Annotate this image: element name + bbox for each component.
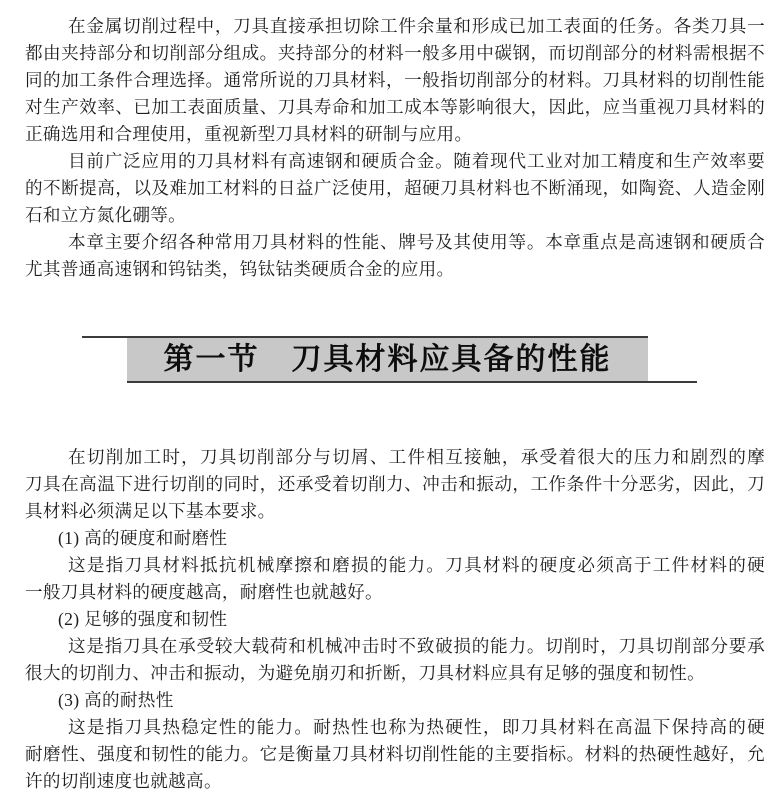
text-line: 很大的切削力、冲击和振动，为避免崩刃和折断，刀具材料应具有足够的强度和韧性。: [25, 660, 765, 687]
requirement-3: (3) 高的耐热性 这是指刀具热稳定性的能力。耐热性也称为热硬性，即刀具材料在高…: [25, 687, 765, 795]
text-line: 刀具在高温下进行切削的同时，还承受着切削力、冲击和振动，工作条件十分恶劣，因此，…: [25, 471, 765, 498]
requirement-2-body: 这是指刀具在承受较大载荷和机械冲击时不致破损的能力。切削时，刀具切削部分要承受很…: [25, 633, 765, 687]
book-page: 在金属切削过程中，刀具直接承担切除工件余量和形成已加工表面的任务。各类刀具一般都…: [0, 0, 771, 797]
text-line: 具材料必须满足以下基本要求。: [25, 498, 765, 525]
section-body: 在切削加工时，刀具切削部分与切屑、工件相互接触，承受着很大的压力和剧烈的摩擦。刀…: [25, 444, 765, 795]
requirement-2-heading: (2) 足够的强度和韧性: [25, 606, 765, 633]
requirement-3-heading: (3) 高的耐热性: [25, 687, 765, 714]
text-line: 尤其普通高速钢和钨钴类，钨钛钴类硬质合金的应用。: [25, 256, 765, 283]
text-line: 都由夹持部分和切削部分组成。夹持部分的材料一般多用中碳钢，而切削部分的材料需根据…: [25, 40, 765, 67]
text-line: 在金属切削过程中，刀具直接承担切除工件余量和形成已加工表面的任务。各类刀具一般: [25, 13, 765, 40]
section-intro-paragraph: 在切削加工时，刀具切削部分与切屑、工件相互接触，承受着很大的压力和剧烈的摩擦。刀…: [25, 444, 765, 525]
requirement-1: (1) 高的硬度和耐磨性 这是指刀具材料抵抗机械摩擦和磨损的能力。刀具材料的硬度…: [25, 525, 765, 606]
text-line: 这是指刀具在承受较大载荷和机械冲击时不致破损的能力。切削时，刀具切削部分要承受: [25, 633, 765, 660]
intro-paragraph-1: 在金属切削过程中，刀具直接承担切除工件余量和形成已加工表面的任务。各类刀具一般都…: [25, 13, 765, 148]
text-line: 许的切削速度也就越高。: [25, 768, 765, 795]
heading-bottom-rule: [127, 381, 697, 383]
text-line: 本章主要介绍各种常用刀具材料的性能、牌号及其使用等。本章重点是高速钢和硬质合金，: [25, 229, 765, 256]
section-heading-banner: 第一节 刀具材料应具备的性能: [0, 336, 771, 384]
intro-paragraph-2: 目前广泛应用的刀具材料有高速钢和硬质合金。随着现代工业对加工精度和生产效率要求的…: [25, 148, 765, 229]
text-line: 这是指刀具材料抵抗机械摩擦和磨损的能力。刀具材料的硬度必须高于工件材料的硬度。: [25, 552, 765, 579]
section-heading: 第一节 刀具材料应具备的性能: [127, 338, 648, 381]
text-line: 在切削加工时，刀具切削部分与切屑、工件相互接触，承受着很大的压力和剧烈的摩擦。: [25, 444, 765, 471]
text-line: 石和立方氮化硼等。: [25, 202, 765, 229]
requirement-3-body: 这是指刀具热稳定性的能力。耐热性也称为热硬性，即刀具材料在高温下保持高的硬度、耐…: [25, 714, 765, 795]
intro-paragraph-3: 本章主要介绍各种常用刀具材料的性能、牌号及其使用等。本章重点是高速钢和硬质合金，…: [25, 229, 765, 283]
text-line: 耐磨性、强度和韧性的能力。它是衡量刀具材料切削性能的主要指标。材料的热硬性越好，…: [25, 741, 765, 768]
text-line: 对生产效率、已加工表面质量、刀具寿命和加工成本等影响很大，因此，应当重视刀具材料…: [25, 94, 765, 121]
requirement-1-heading: (1) 高的硬度和耐磨性: [25, 525, 765, 552]
text-line: 目前广泛应用的刀具材料有高速钢和硬质合金。随着现代工业对加工精度和生产效率要求: [25, 148, 765, 175]
text-line: 一般刀具材料的硬度越高，耐磨性也就越好。: [25, 579, 765, 606]
text-line: 的不断提高，以及难加工材料的日益广泛使用，超硬刀具材料也不断涌现，如陶瓷、人造金…: [25, 175, 765, 202]
section-heading-text: 第一节 刀具材料应具备的性能: [164, 343, 612, 376]
text-line: 正确选用和合理使用，重视新型刀具材料的研制与应用。: [25, 121, 765, 148]
text-line: 同的加工条件合理选择。通常所说的刀具材料，一般指切削部分的材料。刀具材料的切削性…: [25, 67, 765, 94]
text-line: 这是指刀具热稳定性的能力。耐热性也称为热硬性，即刀具材料在高温下保持高的硬度、: [25, 714, 765, 741]
requirement-2: (2) 足够的强度和韧性 这是指刀具在承受较大载荷和机械冲击时不致破损的能力。切…: [25, 606, 765, 687]
chapter-intro: 在金属切削过程中，刀具直接承担切除工件余量和形成已加工表面的任务。各类刀具一般都…: [25, 13, 765, 283]
requirement-1-body: 这是指刀具材料抵抗机械摩擦和磨损的能力。刀具材料的硬度必须高于工件材料的硬度。一…: [25, 552, 765, 606]
